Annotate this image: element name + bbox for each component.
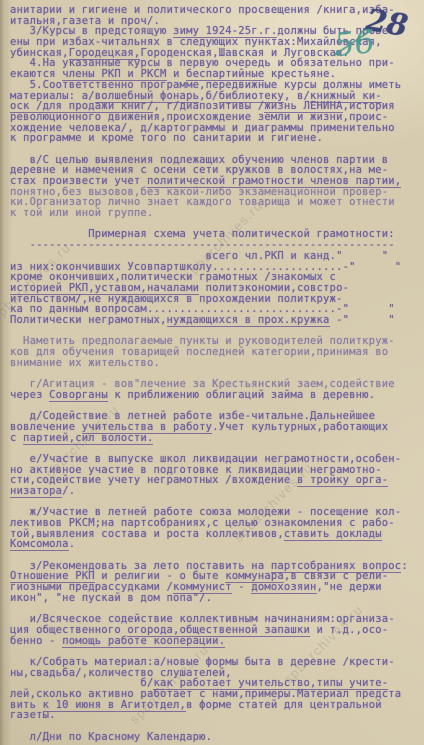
document-line: вить к 10 июня в Агитотдел,в форме стате… [10,700,420,711]
document-line: историей РКП,уставом,началами политэконо… [10,283,420,294]
document-page: spbarchives.ru spbarchives.ru spbarchive… [0,0,424,745]
document-line: газеты. [10,710,420,721]
pencil-underline: домохозяин [251,581,316,594]
document-line: к программе и кроме того по санитарии и … [10,133,420,144]
pencil-underline: к 10 июня в Агитотдел, [43,699,186,712]
document-line: бенно - помощь работе кооперации. [10,636,420,647]
crossed-out-number: 56 [332,22,376,64]
document-line: революционного движения,происхождение зе… [10,112,420,123]
document-line: 5.Соответственно программе,передвижные к… [10,80,420,91]
document-line: г/Агитация - вов"лечение за Крестьянский… [10,379,420,390]
document-line: ция общественного огорода,общественной з… [10,625,420,636]
document-line: через Соворганы к приближению облигаций … [10,390,420,401]
document-line: Комсомола. [10,539,420,550]
pencil-underline: нуждающихся в прох.кружка [167,314,330,327]
pencil-underline: ставить доклады [284,528,382,541]
document-line: вовлечение учительства в работу.Учет кул… [10,422,420,433]
document-line: л/Дни по Красному Календарю. [10,732,420,743]
pencil-underline: Комсомола [10,538,69,551]
pencil-underline: помощь работе кооперации. [62,635,225,648]
document-line: низатора/. [10,486,420,497]
pencil-underline: партией,сил волости. [23,432,153,445]
document-line: е/Участие в выпуске школ ликвидации негр… [10,454,420,465]
document-lines: анитарии и гигиене и политического просв… [10,5,420,742]
pencil-underline: Соворганы [49,389,108,402]
pencil-underline: в тройку орга- [297,474,388,487]
document-line: внимание их жительство. [10,358,420,369]
pencil-underline: низатора [10,485,62,498]
document-line: икон", "не пускай в дом попа"/. [10,593,420,604]
document-line: с партией,сил волости. [10,433,420,444]
document-line: к той или иной группе. [10,208,420,219]
document-line: всего чл.РКП и канд." " [10,251,420,262]
document-line: Политически неграмотных,нуждающихся в пр… [10,315,420,326]
